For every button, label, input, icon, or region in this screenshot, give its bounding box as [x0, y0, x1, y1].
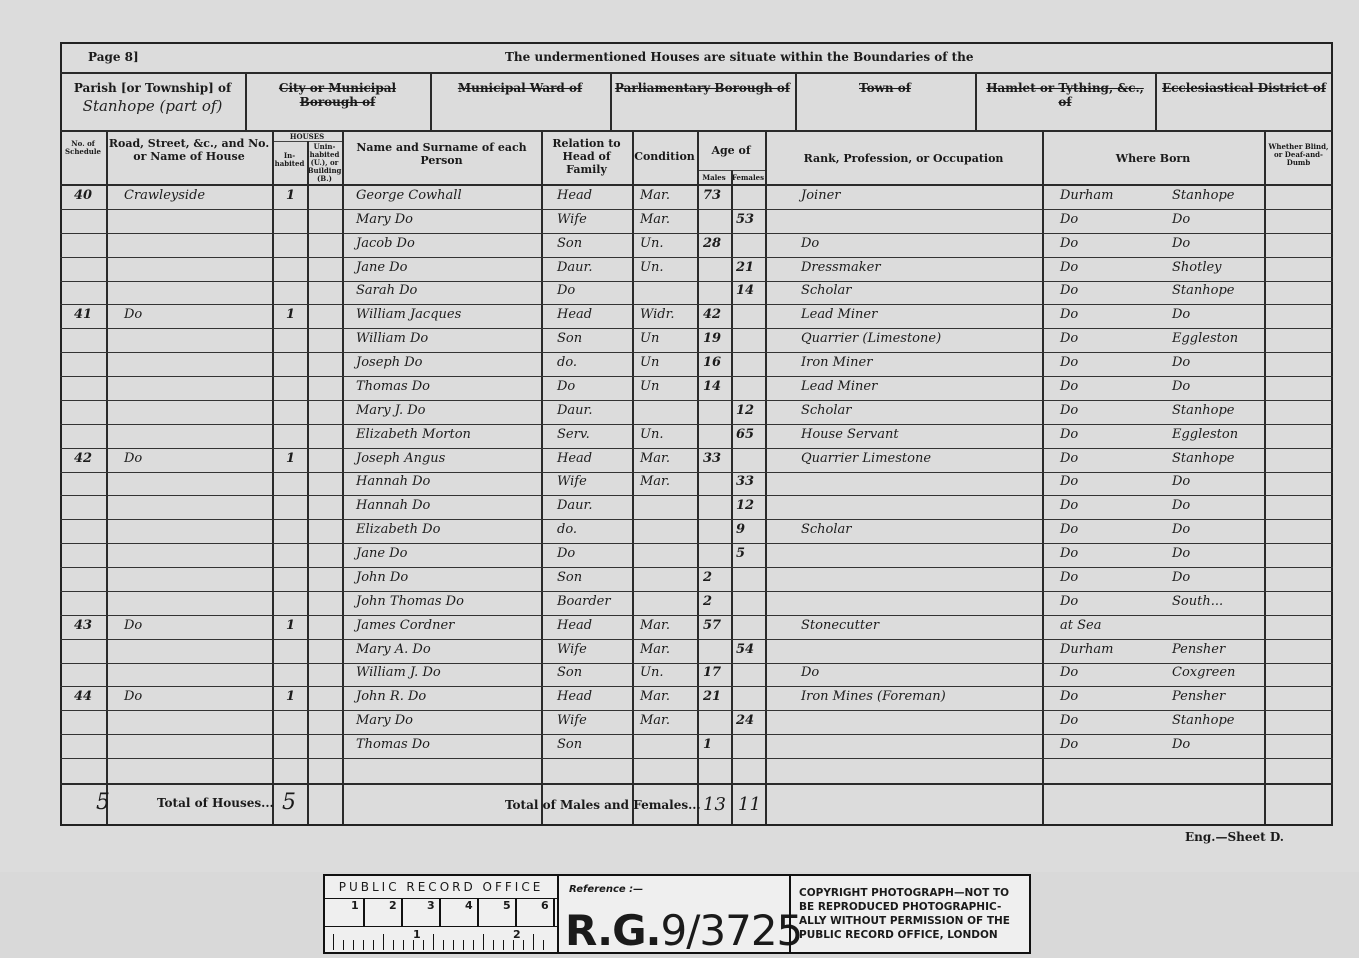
cell-name: John R. Do — [356, 689, 426, 704]
cell-road: Crawleyside — [124, 188, 205, 203]
column-header-relation: Relation to Head of Family — [541, 137, 632, 176]
cell-relation: Do — [557, 283, 575, 298]
cell-name: John Thomas Do — [356, 594, 464, 609]
cell-male-age: 16 — [703, 355, 721, 370]
cell-relation: Son — [557, 331, 582, 346]
cell-born-county: Do — [1060, 260, 1078, 275]
cell-relation: Boarder — [557, 594, 611, 609]
cell-relation: Son — [557, 737, 582, 752]
copyright-notice: COPYRIGHT PHOTOGRAPH—NOT TO BE REPRODUCE… — [789, 876, 1029, 952]
cell-relation: do. — [557, 355, 577, 370]
cell-male-age: 28 — [703, 236, 721, 251]
cell-born-place: Do — [1172, 737, 1190, 752]
cell-relation: Wife — [557, 212, 587, 227]
cell-born-county: Do — [1060, 427, 1078, 442]
table-row — [60, 376, 1333, 400]
cell-relation: Head — [557, 689, 592, 704]
cell-occupation: Quarrier Limestone — [801, 451, 931, 466]
cell-born-county: Do — [1060, 737, 1078, 752]
cell-relation: Do — [557, 546, 575, 561]
cell-relation: Head — [557, 451, 592, 466]
cell-male-age: 19 — [703, 331, 721, 346]
cell-road: Do — [124, 618, 142, 633]
cell-relation: Do — [557, 379, 575, 394]
cell-name: William J. Do — [356, 665, 441, 680]
table-row — [60, 519, 1333, 543]
district-4: Town of — [795, 76, 975, 132]
cell-relation: Wife — [557, 474, 587, 489]
office-name: PUBLIC RECORD OFFICE — [325, 876, 559, 899]
cell-road: Do — [124, 451, 142, 466]
table-row — [60, 686, 1333, 710]
table-row — [60, 472, 1333, 496]
table-row — [60, 281, 1333, 305]
cell-name: Sarah Do — [356, 283, 417, 298]
cell-born-county: Durham — [1060, 642, 1113, 657]
cell-relation: Daur. — [557, 498, 592, 513]
table-row — [60, 352, 1333, 376]
cell-female-age: 65 — [736, 427, 754, 442]
cell-relation: Son — [557, 665, 582, 680]
cell-name: Mary J. Do — [356, 403, 425, 418]
cell-male-age: 1 — [703, 737, 712, 752]
cell-occupation: Scholar — [801, 283, 852, 298]
cell-relation: Daur. — [557, 260, 592, 275]
cell-occupation: House Servant — [801, 427, 899, 442]
table-row — [60, 663, 1333, 687]
cell-name: Mary Do — [356, 713, 413, 728]
district-label: Parish [or Township] of — [60, 76, 245, 95]
cell-male-age: 14 — [703, 379, 721, 394]
cell-relation: do. — [557, 522, 577, 537]
cell-inhabited: 1 — [286, 188, 295, 203]
total-houses-label: Total of Houses... — [157, 796, 274, 810]
cell-condition: Mar. — [640, 642, 670, 657]
cell-condition: Un — [640, 379, 659, 394]
total-houses: 5 — [282, 790, 296, 815]
cell-female-age: 12 — [736, 403, 754, 418]
cell-relation: Serv. — [557, 427, 590, 442]
total-females: 11 — [738, 794, 761, 815]
cell-born-place: Do — [1172, 307, 1190, 322]
cell-name: Elizabeth Morton — [356, 427, 471, 442]
cell-female-age: 14 — [736, 283, 754, 298]
cell-condition: Mar. — [640, 212, 670, 227]
cell-schedule: 43 — [74, 618, 92, 633]
table-row — [60, 495, 1333, 519]
cell-schedule: 41 — [74, 307, 92, 322]
cell-condition: Un — [640, 331, 659, 346]
cell-name: Joseph Angus — [356, 451, 445, 466]
ruler-number: 2 — [513, 928, 521, 941]
cell-female-age: 54 — [736, 642, 754, 657]
cell-born-county: Durham — [1060, 188, 1113, 203]
cell-occupation: Iron Mines (Foreman) — [801, 689, 946, 704]
cell-born-place: Do — [1172, 379, 1190, 394]
cell-inhabited: 1 — [286, 689, 295, 704]
ruler-number: 1 — [351, 899, 359, 912]
cell-name: Elizabeth Do — [356, 522, 440, 537]
cell-female-age: 33 — [736, 474, 754, 489]
district-label: Ecclesiastical District of — [1155, 76, 1333, 95]
cell-male-age: 57 — [703, 618, 721, 633]
cell-road: Do — [124, 689, 142, 704]
cell-name: Hannah Do — [356, 498, 430, 513]
cell-female-age: 9 — [736, 522, 745, 537]
cell-condition: Un — [640, 355, 659, 370]
district-value: Stanhope (part of) — [60, 97, 245, 115]
column-header-schedule: No. of Schedule — [60, 140, 106, 156]
cell-road: Do — [124, 307, 142, 322]
district-6: Ecclesiastical District of — [1155, 76, 1333, 132]
column-header-road: Road, Street, &c., and No. or Name of Ho… — [106, 137, 272, 163]
cell-schedule: 40 — [74, 188, 92, 203]
cell-occupation: Stonecutter — [801, 618, 879, 633]
page-title: The undermentioned Houses are situate wi… — [505, 50, 974, 64]
cell-male-age: 42 — [703, 307, 721, 322]
cell-relation: Son — [557, 236, 582, 251]
cell-born-place: Pensher — [1172, 689, 1225, 704]
cell-name: Joseph Do — [356, 355, 422, 370]
cell-condition: Mar. — [640, 713, 670, 728]
cell-male-age: 2 — [703, 570, 712, 585]
cell-name: Hannah Do — [356, 474, 430, 489]
cell-relation: Head — [557, 618, 592, 633]
cell-name: William Jacques — [356, 307, 461, 322]
cell-occupation: Do — [801, 236, 819, 251]
cell-born-county: Do — [1060, 522, 1078, 537]
cell-male-age: 17 — [703, 665, 721, 680]
ruler-number: 6 — [541, 899, 549, 912]
cell-born-county: Do — [1060, 307, 1078, 322]
cell-name: George Cowhall — [356, 188, 462, 203]
ruler-number: 4 — [465, 899, 473, 912]
cell-relation: Son — [557, 570, 582, 585]
cell-male-age: 2 — [703, 594, 712, 609]
page-number: Page 8] — [88, 50, 139, 64]
district-label: Parliamentary Borough of — [610, 76, 795, 95]
cell-schedule: 42 — [74, 451, 92, 466]
cell-born-place: Coxgreen — [1172, 665, 1235, 680]
table-row — [60, 734, 1333, 758]
cell-male-age: 21 — [703, 689, 721, 704]
district-label: City or Municipal Borough of — [245, 76, 430, 109]
district-label: Hamlet or Tything, &c., of — [975, 76, 1155, 109]
ruler-bottom: 12 — [325, 926, 559, 952]
column-header-name: Name and Surname of each Person — [342, 141, 541, 167]
cell-occupation: Dressmaker — [801, 260, 881, 275]
column-header-inhabited: In-habited — [272, 152, 307, 168]
column-header-condition: Condition — [632, 150, 697, 163]
cell-schedule: 44 — [74, 689, 92, 704]
cell-name: Thomas Do — [356, 737, 430, 752]
cell-born-place: South... — [1172, 594, 1223, 609]
cell-born-place: Pensher — [1172, 642, 1225, 657]
table-row — [60, 448, 1333, 472]
cell-born-county: Do — [1060, 355, 1078, 370]
ruler-number: 5 — [503, 899, 511, 912]
cell-name: William Do — [356, 331, 428, 346]
cell-condition: Mar. — [640, 451, 670, 466]
cell-born-county: Do — [1060, 403, 1078, 418]
cell-male-age: 73 — [703, 188, 721, 203]
total-persons-label: Total of Males and Females... — [505, 798, 701, 812]
cell-female-age: 21 — [736, 260, 754, 275]
cell-relation: Wife — [557, 642, 587, 657]
cell-born-county: Do — [1060, 689, 1078, 704]
cell-occupation: Lead Miner — [801, 379, 877, 394]
column-header-houses: HOUSES — [272, 133, 342, 141]
cell-occupation: Quarrier (Limestone) — [801, 331, 941, 346]
column-header-males: Males — [697, 174, 731, 182]
cell-name: Mary Do — [356, 212, 413, 227]
cell-born-place: Do — [1172, 212, 1190, 227]
reference-piece: 9/3725 — [661, 906, 803, 955]
cell-condition: Mar. — [640, 474, 670, 489]
cell-occupation: Do — [801, 665, 819, 680]
district-3: Parliamentary Borough of — [610, 76, 795, 132]
cell-condition: Mar. — [640, 689, 670, 704]
reference-number: R.G.9/3725 — [565, 906, 802, 955]
cell-born-county: Do — [1060, 594, 1078, 609]
column-header-females: Females — [731, 174, 765, 182]
cell-female-age: 53 — [736, 212, 754, 227]
column-header-born: Where Born — [1042, 152, 1264, 165]
cell-born-county: Do — [1060, 498, 1078, 513]
cell-condition: Widr. — [640, 307, 675, 322]
cell-born-place: Do — [1172, 474, 1190, 489]
cell-name: Jacob Do — [356, 236, 415, 251]
cell-born-county: Do — [1060, 379, 1078, 394]
cell-relation: Head — [557, 188, 592, 203]
cell-born-place: Stanhope — [1172, 283, 1234, 298]
cell-relation: Wife — [557, 713, 587, 728]
table-row — [60, 543, 1333, 567]
cell-occupation: Iron Miner — [801, 355, 872, 370]
table-row — [60, 591, 1333, 615]
cell-born-place: Do — [1172, 522, 1190, 537]
reference-label: Reference :— — [569, 884, 643, 895]
cell-occupation: Joiner — [801, 188, 840, 203]
cell-born-county: Do — [1060, 474, 1078, 489]
ruler-number: 3 — [427, 899, 435, 912]
cell-born-county: Do — [1060, 546, 1078, 561]
table-row — [60, 400, 1333, 424]
cell-born-place: Do — [1172, 498, 1190, 513]
cell-born-county: Do — [1060, 283, 1078, 298]
cell-female-age: 5 — [736, 546, 745, 561]
cell-condition: Un. — [640, 260, 663, 275]
cell-relation: Head — [557, 307, 592, 322]
district-5: Hamlet or Tything, &c., of — [975, 76, 1155, 132]
cell-condition: Mar. — [640, 188, 670, 203]
record-office-stamp: PUBLIC RECORD OFFICE 123456 12 Reference… — [323, 874, 1031, 954]
cell-name: Jane Do — [356, 260, 407, 275]
cell-born-place: Eggleston — [1172, 331, 1238, 346]
cell-inhabited: 1 — [286, 618, 295, 633]
district-0: Parish [or Township] ofStanhope (part of… — [60, 76, 245, 132]
cell-born-place: Do — [1172, 236, 1190, 251]
cell-condition: Un. — [640, 427, 663, 442]
cell-born-county: Do — [1060, 570, 1078, 585]
table-row — [60, 257, 1333, 281]
cell-born-county: at Sea — [1060, 618, 1101, 633]
cell-born-place: Stanhope — [1172, 451, 1234, 466]
cell-occupation: Scholar — [801, 522, 852, 537]
cell-born-place: Stanhope — [1172, 188, 1234, 203]
total-schedules: 5 — [96, 790, 110, 815]
cell-born-place: Eggleston — [1172, 427, 1238, 442]
cell-born-county: Do — [1060, 212, 1078, 227]
cell-born-county: Do — [1060, 713, 1078, 728]
table-row — [60, 567, 1333, 591]
cell-condition: Un. — [640, 236, 663, 251]
table-row — [60, 639, 1333, 663]
table-row — [60, 615, 1333, 639]
cell-name: Thomas Do — [356, 379, 430, 394]
table-row — [60, 209, 1333, 233]
ruler-number: 2 — [389, 899, 397, 912]
census-sheet: Page 8] The undermentioned Houses are si… — [0, 0, 1359, 872]
cell-born-county: Do — [1060, 331, 1078, 346]
cell-born-place: Do — [1172, 570, 1190, 585]
ruler-top: 123456 — [325, 898, 559, 927]
cell-male-age: 33 — [703, 451, 721, 466]
district-1: City or Municipal Borough of — [245, 76, 430, 132]
cell-born-place: Do — [1172, 546, 1190, 561]
cell-born-place: Shotley — [1172, 260, 1222, 275]
cell-born-place: Stanhope — [1172, 713, 1234, 728]
column-header-occupation: Rank, Profession, or Occupation — [765, 152, 1042, 165]
table-row — [60, 424, 1333, 448]
cell-inhabited: 1 — [286, 307, 295, 322]
cell-name: Jane Do — [356, 546, 407, 561]
reference-prefix: R.G. — [565, 906, 661, 955]
ruler-number: 1 — [413, 928, 421, 941]
table-row — [60, 304, 1333, 328]
column-header-uninhabited: Unin-habited (U.), or Building (B.) — [307, 143, 342, 183]
district-label: Municipal Ward of — [430, 76, 610, 95]
table-row — [60, 328, 1333, 352]
table-row — [60, 710, 1333, 734]
cell-name: John Do — [356, 570, 408, 585]
cell-born-place: Stanhope — [1172, 403, 1234, 418]
cell-female-age: 24 — [736, 713, 754, 728]
table-row — [60, 233, 1333, 257]
table-row — [60, 185, 1333, 209]
cell-inhabited: 1 — [286, 451, 295, 466]
cell-female-age: 12 — [736, 498, 754, 513]
cell-occupation: Lead Miner — [801, 307, 877, 322]
column-header-blind: Whether Blind, or Deaf-and-Dumb — [1264, 143, 1333, 167]
cell-condition: Un. — [640, 665, 663, 680]
cell-born-county: Do — [1060, 236, 1078, 251]
cell-born-county: Do — [1060, 451, 1078, 466]
cell-name: Mary A. Do — [356, 642, 431, 657]
sheet-footer: Eng.—Sheet D. — [1185, 830, 1284, 844]
cell-condition: Mar. — [640, 618, 670, 633]
cell-born-county: Do — [1060, 665, 1078, 680]
district-2: Municipal Ward of — [430, 76, 610, 132]
cell-occupation: Scholar — [801, 403, 852, 418]
district-label: Town of — [795, 76, 975, 95]
cell-relation: Daur. — [557, 403, 592, 418]
cell-born-place: Do — [1172, 355, 1190, 370]
total-males: 13 — [703, 794, 726, 815]
column-header-age: Age of — [697, 144, 765, 157]
cell-name: James Cordner — [356, 618, 454, 633]
